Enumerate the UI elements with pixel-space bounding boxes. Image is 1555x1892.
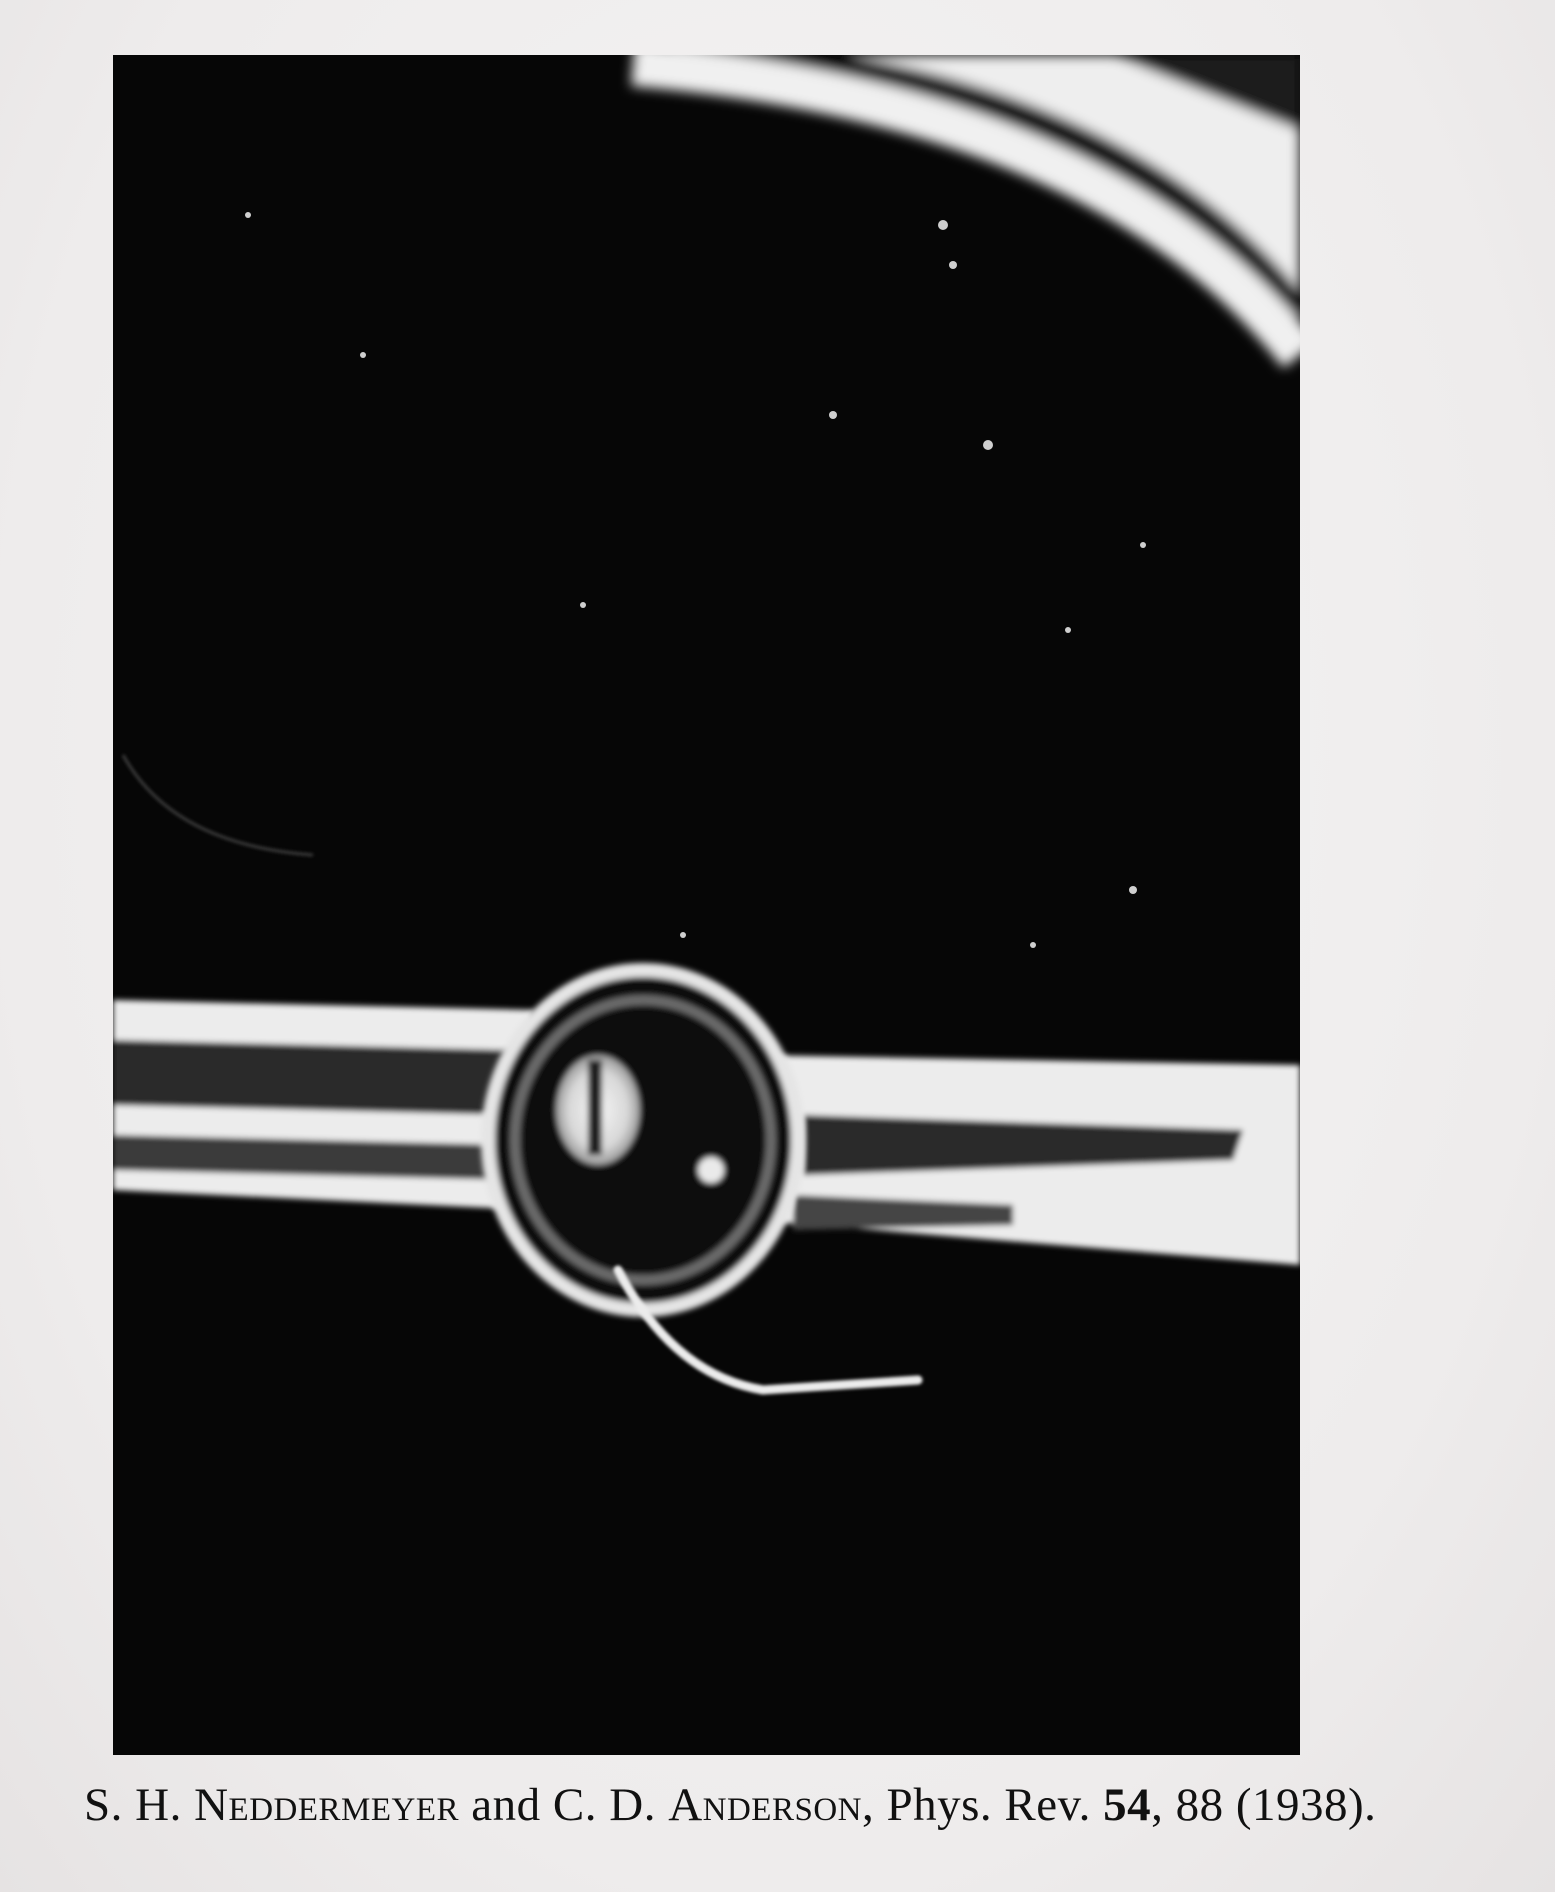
chamber-wall-arcs xyxy=(633,55,1300,355)
cloud-chamber-photograph xyxy=(113,55,1300,1755)
comma: , xyxy=(1151,1779,1163,1831)
journal-volume: 54 xyxy=(1103,1779,1151,1831)
author1-surname: Neddermeyer xyxy=(194,1779,459,1831)
photograph-drawing xyxy=(113,55,1300,1755)
journal-page: 88 xyxy=(1176,1779,1224,1831)
author2-surname: Anderson xyxy=(668,1779,862,1831)
comma: , xyxy=(862,1779,874,1831)
author2-initials: C. D. xyxy=(553,1779,656,1831)
central-circle xyxy=(488,970,798,1310)
author1-initials: S. H. xyxy=(84,1779,182,1831)
figure-caption: S. H. Neddermeyer and C. D. Anderson, Ph… xyxy=(0,1778,1555,1832)
journal-name: Phys. Rev. xyxy=(887,1779,1091,1831)
speckles xyxy=(245,212,1146,948)
publication-year: (1938). xyxy=(1236,1779,1377,1831)
caption-conjunction: and xyxy=(471,1779,540,1831)
